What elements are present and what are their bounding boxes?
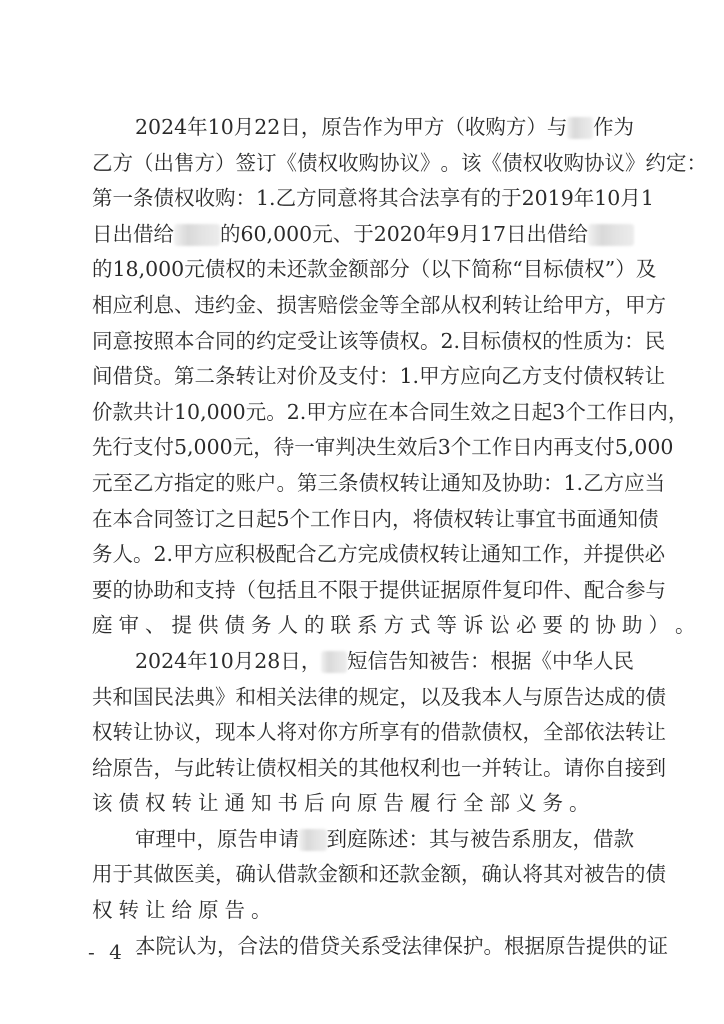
paragraph: 审理中，原告申请到庭陈述：其与被告系朋友，借款用于其做医美，确认借款金额和还款金… — [92, 822, 634, 929]
text-line: 的18,000元债权的未还款金额部分（以下简称“目标债权”）及 — [92, 252, 634, 288]
redacted-name — [321, 651, 347, 673]
text-line: 审理中，原告申请到庭陈述：其与被告系朋友，借款 — [92, 822, 634, 858]
redacted-name — [588, 224, 634, 246]
text-line: 元至乙方指定的账户。第三条债权转让通知及协助：1.乙方应当 — [92, 466, 634, 502]
redacted-name — [567, 117, 593, 139]
page-number: - 4 - — [88, 940, 147, 964]
redacted-name — [174, 224, 220, 246]
text-line: 要的协助和支持（包括且不限于提供证据原件复印件、配合参与 — [92, 573, 634, 609]
text-line: 给原告，与此转让债权相关的其他权利也一并转让。请你自接到 — [92, 751, 634, 787]
text-line: 日出借给的60,000元、于2020年9月17日出借给 — [92, 217, 634, 253]
text-line: 价款共计10,000元。2.甲方应在本合同生效之日起3个工作日内， — [92, 395, 634, 431]
text-line: 该债权转让通知书后向原告履行全部义务。 — [92, 786, 634, 822]
text-line: 权转让协议，现本人将对你方所享有的借款债权，全部依法转让 — [92, 715, 634, 751]
paragraph: 2024年10月22日，原告作为甲方（收购方）与作为乙方（出售方）签订《债权收购… — [92, 110, 634, 644]
text-line: 先行支付5,000元，待一审判决生效后3个工作日内再支付5,000 — [92, 430, 634, 466]
text-line: 同意按照本合同的约定受让该等债权。2.目标债权的性质为：民 — [92, 324, 634, 360]
text-line: 相应利息、违约金、损害赔偿金等全部从权利转让给甲方，甲方 — [92, 288, 634, 324]
text-line: 共和国民法典》和相关法律的规定，以及我本人与原告达成的债 — [92, 680, 634, 716]
document-body: 2024年10月22日，原告作为甲方（收购方）与作为乙方（出售方）签订《债权收购… — [92, 110, 634, 964]
text-line: 在本合同签订之日起5个工作日内，将债权转让事宜书面通知债 — [92, 502, 634, 538]
paragraph: 本院认为，合法的借贷关系受法律保护。根据原告提供的证 — [92, 929, 634, 965]
paragraph: 2024年10月28日，短信告知被告：根据《中华人民共和国民法典》和相关法律的规… — [92, 644, 634, 822]
document-page: 2024年10月22日，原告作为甲方（收购方）与作为乙方（出售方）签订《债权收购… — [0, 0, 724, 1024]
text-line: 权转让给原告。 — [92, 893, 634, 929]
text-line: 本院认为，合法的借贷关系受法律保护。根据原告提供的证 — [92, 929, 634, 965]
text-line: 2024年10月28日，短信告知被告：根据《中华人民 — [92, 644, 634, 680]
text-line: 2024年10月22日，原告作为甲方（收购方）与作为 — [92, 110, 634, 146]
text-line: 庭审、提供债务人的联系方式等诉讼必要的协助）。 — [92, 608, 634, 644]
text-line: 间借贷。第二条转让对价及支付：1.甲方应向乙方支付债权转让 — [92, 359, 634, 395]
text-line: 务人。2.甲方应积极配合乙方完成债权转让通知工作，并提供必 — [92, 537, 634, 573]
text-line: 用于其做医美，确认借款金额和还款金额，确认将其对被告的债 — [92, 857, 634, 893]
redacted-name — [299, 829, 327, 851]
text-line: 乙方（出售方）签订《债权收购协议》。该《债权收购协议》约定： — [92, 146, 634, 182]
text-line: 第一条债权收购：1.乙方同意将其合法享有的于2019年10月1 — [92, 181, 634, 217]
